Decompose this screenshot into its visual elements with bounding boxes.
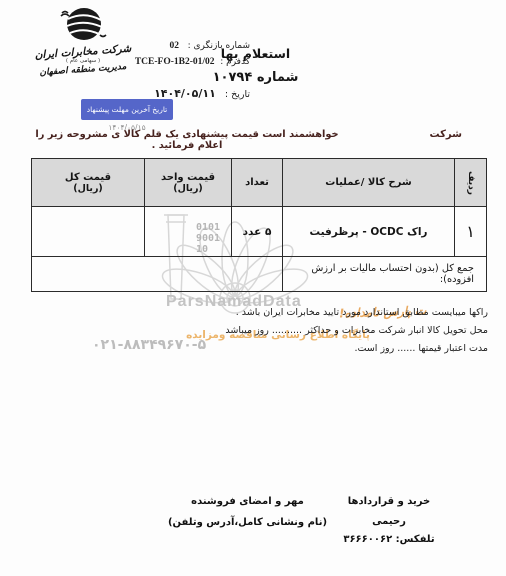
telecom-logo-icon [56,5,110,43]
col-header-unit-price: قیمت واحد (ریال) [145,159,232,207]
col-header-row-number: ردیف [455,159,487,207]
date-label: تاریخ : [225,89,250,100]
col-header-description: شرح کالا /عملیات [283,159,455,207]
note-standard: راکها میبایست مطابق استاندارد مورد تایید… [18,307,488,319]
form-title: استعلام بها شماره ۱۰۷۹۴ [178,46,333,85]
company-logo: شرکت مخابرات ایران ( سهامی عام ) مدیریت … [24,5,142,76]
notes-block: راکها میبایست مطابق استاندارد مورد تایید… [18,307,488,361]
col-header-quantity: تعداد [232,159,283,207]
buyer-contact: رحیمی [330,516,448,527]
col-header-total-price: قیمت کل (ریال) [32,159,145,207]
total-label-cell: جمع کل (بدون احتساب مالیات بر ارزش افزود… [283,257,487,292]
table-total-row: جمع کل (بدون احتساب مالیات بر ارزش افزود… [32,257,487,292]
seller-signature-subtitle: (نام ونشانی کامل،آدرس وتلفن) [145,517,350,528]
table-row: ۱ راک OCDC - پرظرفیت ۵ عدد [32,207,487,257]
cell-quantity: ۵ عدد [232,207,283,257]
total-value-cell[interactable] [32,257,283,292]
table-header-row: ردیف شرح کالا /عملیات تعداد قیمت واحد (ر… [32,159,487,207]
buyer-signature-block: خرید و قراردادها رحیمی تلفکس: ۳۶۶۶۰۰۶۲ [330,496,448,545]
cell-row-number: ۱ [455,207,487,257]
inquiry-form-page: 0101 9001 10 ParsNamadData ت پارس نامداد… [0,0,506,576]
buyer-dept: خرید و قراردادها [330,496,448,507]
cell-total-price[interactable] [32,207,145,257]
cell-description: راک OCDC - پرظرفیت [283,207,455,257]
items-table: ردیف شرح کالا /عملیات تعداد قیمت واحد (ر… [31,158,487,292]
deadline-badge[interactable]: تاریخ آخرین مهلت پیشنهاد [81,99,173,120]
seller-signature-block: مهر و امضای فروشنده (نام ونشانی کامل،آدر… [145,496,350,528]
seller-signature-title: مهر و امضای فروشنده [145,496,350,507]
note-validity: مدت اعتبار قیمتها ...... روز است. [18,343,488,355]
cell-unit-price[interactable] [145,207,232,257]
buyer-telefax: تلفکس: ۳۶۶۶۰۰۶۲ [330,534,448,545]
note-delivery: محل تحویل کالا انبار شرکت مخابرات و حداک… [18,325,488,337]
title-line2: شماره ۱۰۷۹۴ [178,70,333,85]
title-line1: استعلام بها [178,46,333,61]
company-label: شرکت [430,129,462,140]
request-sentence: خواهشمند است قیمت پیشنهادی یک قلم کالا ی… [22,129,352,151]
deadline-badge-label: تاریخ آخرین مهلت پیشنهاد [87,105,167,114]
